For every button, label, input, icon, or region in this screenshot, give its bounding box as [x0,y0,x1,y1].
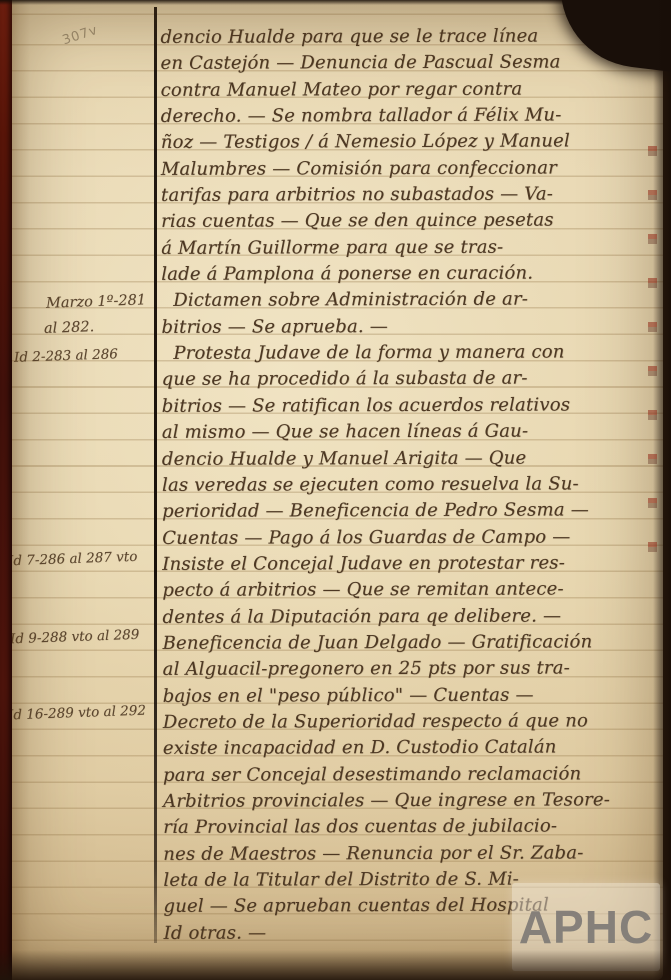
bottom-edge-shadow [0,950,671,980]
manuscript-line: Protesta Judave de la forma y manera con [161,339,659,367]
manuscript-line: para ser Concejal desestimando reclamaci… [163,761,661,789]
page-edge-red-marbling [648,130,657,580]
manuscript-line: tarifas para arbitrios no subastados — V… [161,181,659,209]
manuscript-line: las veredas se ejecuten como resuelva la… [162,471,660,499]
manuscript-line: Dictamen sobre Administración de ar- [161,287,659,315]
margin-note: al 282. [44,319,95,337]
manuscript-line: derecho. — Se nombra tallador á Félix Mu… [161,102,659,130]
manuscript-line: Cuentas — Pago á los Guardas de Campo — [162,524,660,552]
manuscript-line: bitrios — Se aprueba. — [161,313,659,341]
manuscript-line: bitrios — Se ratifican los acuerdos rela… [162,392,660,420]
archive-watermark-text: APHC [519,900,653,954]
manuscript-photo: 307v Marzo 1º-281al 282.Id 2-283 al 286I… [0,0,671,980]
book-binding-edge [0,0,12,980]
manuscript-line: Decreto de la Superioridad respecto á qu… [163,708,661,736]
manuscript-line: contra Manuel Mateo por regar contra [161,76,659,104]
manuscript-line: perioridad — Beneficencia de Pedro Sesma… [162,497,660,525]
manuscript-text-block: dencio Hualde para que se le trace línea… [160,23,661,947]
margin-rule-line [154,7,157,943]
manuscript-line: dentes á la Diputación para qe delibere.… [162,603,660,631]
margin-note: Marzo 1º-281 [46,292,147,311]
manuscript-line: ría Provincial las dos cuentas de jubila… [163,813,661,841]
manuscript-line: rias cuentas — Que se den quince pesetas [161,208,659,236]
manuscript-line: Malumbres — Comisión para confeccionar [161,155,659,183]
manuscript-line: al Alguacil-pregonero en 25 pts por sus … [163,655,661,683]
manuscript-line: bajos en el "peso público" — Cuentas — [163,682,661,710]
manuscript-line: en Castejón — Denuncia de Pascual Sesma [160,49,658,77]
manuscript-line: que se ha procedido á la subasta de ar- [162,366,660,394]
manuscript-line: dencio Hualde y Manuel Arigita — Que [162,445,660,473]
manuscript-line: Arbitrios provinciales — Que ingrese en … [163,787,661,815]
manuscript-line: ñoz — Testigos / á Nemesio López y Manue… [161,129,659,157]
manuscript-line: á Martín Guillorme para que se tras- [161,234,659,262]
manuscript-line: Beneficencia de Juan Delgado — Gratifica… [163,629,661,657]
manuscript-line: Insiste el Concejal Judave en protestar … [162,550,660,578]
manuscript-line: existe incapacidad en D. Custodio Catalá… [163,734,661,762]
manuscript-line: nes de Maestros — Renuncia por el Sr. Za… [163,840,661,868]
manuscript-line: al mismo — Que se hacen líneas á Gau- [162,418,660,446]
manuscript-line: pecto á arbitrios — Que se remitan antec… [162,576,660,604]
manuscript-line: lade á Pamplona á ponerse en curación. [161,260,659,288]
